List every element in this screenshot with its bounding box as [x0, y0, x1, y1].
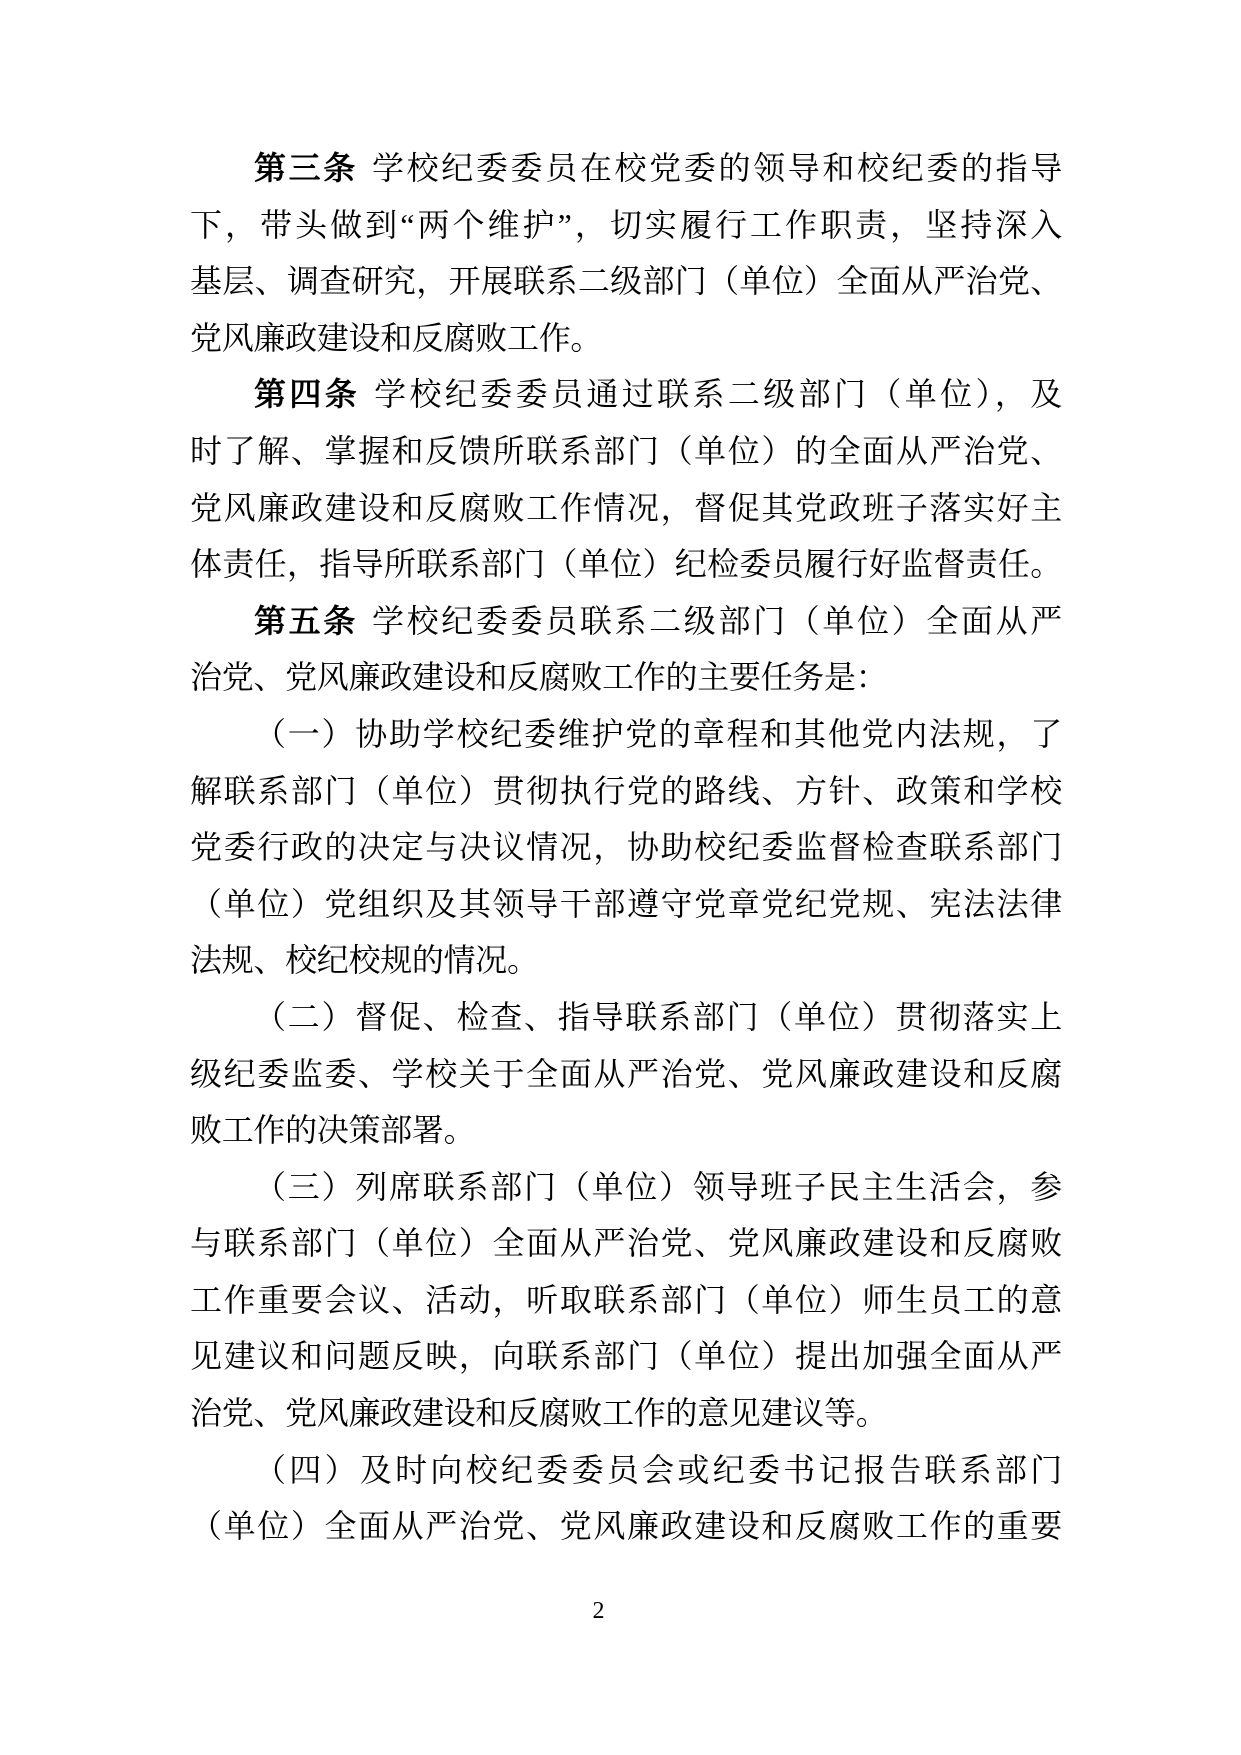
document-body: 第三条学校纪委委员在校党委的领导和校纪委的指导下，带头做到“两个维护”，切实履行… — [190, 140, 1062, 1555]
text-line: （一）协助学校纪委维护党的章程和其他党内法规，了 — [190, 706, 1062, 763]
article-5: 第五条学校纪委委员联系二级部门（单位）全面从严治党、党风廉政建设和反腐败工作的主… — [190, 593, 1062, 706]
text-line: 级纪委监委、学校关于全面从严治党、党风廉政建设和反腐 — [190, 1046, 1062, 1103]
text-line: 时了解、掌握和反馈所联系部门（单位）的全面从严治党、 — [190, 423, 1062, 480]
article-5-item-3: （三）列席联系部门（单位）领导班子民主生活会，参与联系部门（单位）全面从严治党、… — [190, 1159, 1062, 1442]
text-line: 第五条学校纪委委员联系二级部门（单位）全面从严 — [190, 593, 1062, 650]
text-line: （四）及时向校纪委委员会或纪委书记报告联系部门 — [190, 1442, 1062, 1499]
text-line: 第三条学校纪委委员在校党委的领导和校纪委的指导 — [190, 140, 1062, 197]
article-5-item-4: （四）及时向校纪委委员会或纪委书记报告联系部门（单位）全面从严治党、党风廉政建设… — [190, 1442, 1062, 1555]
text-line: 治党、党风廉政建设和反腐败工作的主要任务是： — [190, 649, 1062, 706]
text-line: 治党、党风廉政建设和反腐败工作的意见建议等。 — [190, 1385, 1062, 1442]
line-text: 学校纪委委员通过联系二级部门（单位），及 — [374, 376, 1062, 412]
text-line: （三）列席联系部门（单位）领导班子民主生活会，参 — [190, 1159, 1062, 1216]
article-number-bold: 第三条 — [254, 150, 358, 186]
text-line: 第四条学校纪委委员通过联系二级部门（单位），及 — [190, 366, 1062, 423]
text-line: 党风廉政建设和反腐败工作。 — [190, 310, 1062, 367]
line-text: 学校纪委委员联系二级部门（单位）全面从严 — [372, 603, 1062, 639]
text-line: （单位）党组织及其领导干部遵守党章党纪党规、宪法法律 — [190, 876, 1062, 933]
text-line: 见建议和问题反映，向联系部门（单位）提出加强全面从严 — [190, 1328, 1062, 1385]
text-line: 败工作的决策部署。 — [190, 1102, 1062, 1159]
document-page: 第三条学校纪委委员在校党委的领导和校纪委的指导下，带头做到“两个维护”，切实履行… — [0, 0, 1241, 1755]
text-line: 党风廉政建设和反腐败工作情况，督促其党政班子落实好主 — [190, 480, 1062, 537]
text-line: 解联系部门（单位）贯彻执行党的路线、方针、政策和学校 — [190, 763, 1062, 820]
article-3: 第三条学校纪委委员在校党委的领导和校纪委的指导下，带头做到“两个维护”，切实履行… — [190, 140, 1062, 366]
article-number-bold: 第五条 — [254, 603, 358, 639]
text-line: 体责任，指导所联系部门（单位）纪检委员履行好监督责任。 — [190, 536, 1062, 593]
text-line: 党委行政的决定与决议情况，协助校纪委监督检查联系部门 — [190, 819, 1062, 876]
text-line: 与联系部门（单位）全面从严治党、党风廉政建设和反腐败 — [190, 1215, 1062, 1272]
text-line: 法规、校纪校规的情况。 — [190, 932, 1062, 989]
text-line: 基层、调查研究，开展联系二级部门（单位）全面从严治党、 — [190, 253, 1062, 310]
text-line: 下，带头做到“两个维护”，切实履行工作职责，坚持深入 — [190, 197, 1062, 254]
page-number: 2 — [0, 1596, 1219, 1626]
line-text: 学校纪委委员在校党委的领导和校纪委的指导 — [372, 150, 1062, 186]
article-5-item-1: （一）协助学校纪委维护党的章程和其他党内法规，了解联系部门（单位）贯彻执行党的路… — [190, 706, 1062, 989]
text-line: 工作重要会议、活动，听取联系部门（单位）师生员工的意 — [190, 1272, 1062, 1329]
text-line: （二）督促、检查、指导联系部门（单位）贯彻落实上 — [190, 989, 1062, 1046]
text-line: （单位）全面从严治党、党风廉政建设和反腐败工作的重要 — [190, 1498, 1062, 1555]
article-number-bold: 第四条 — [254, 376, 360, 412]
article-4: 第四条学校纪委委员通过联系二级部门（单位），及时了解、掌握和反馈所联系部门（单位… — [190, 366, 1062, 592]
article-5-item-2: （二）督促、检查、指导联系部门（单位）贯彻落实上级纪委监委、学校关于全面从严治党… — [190, 989, 1062, 1159]
